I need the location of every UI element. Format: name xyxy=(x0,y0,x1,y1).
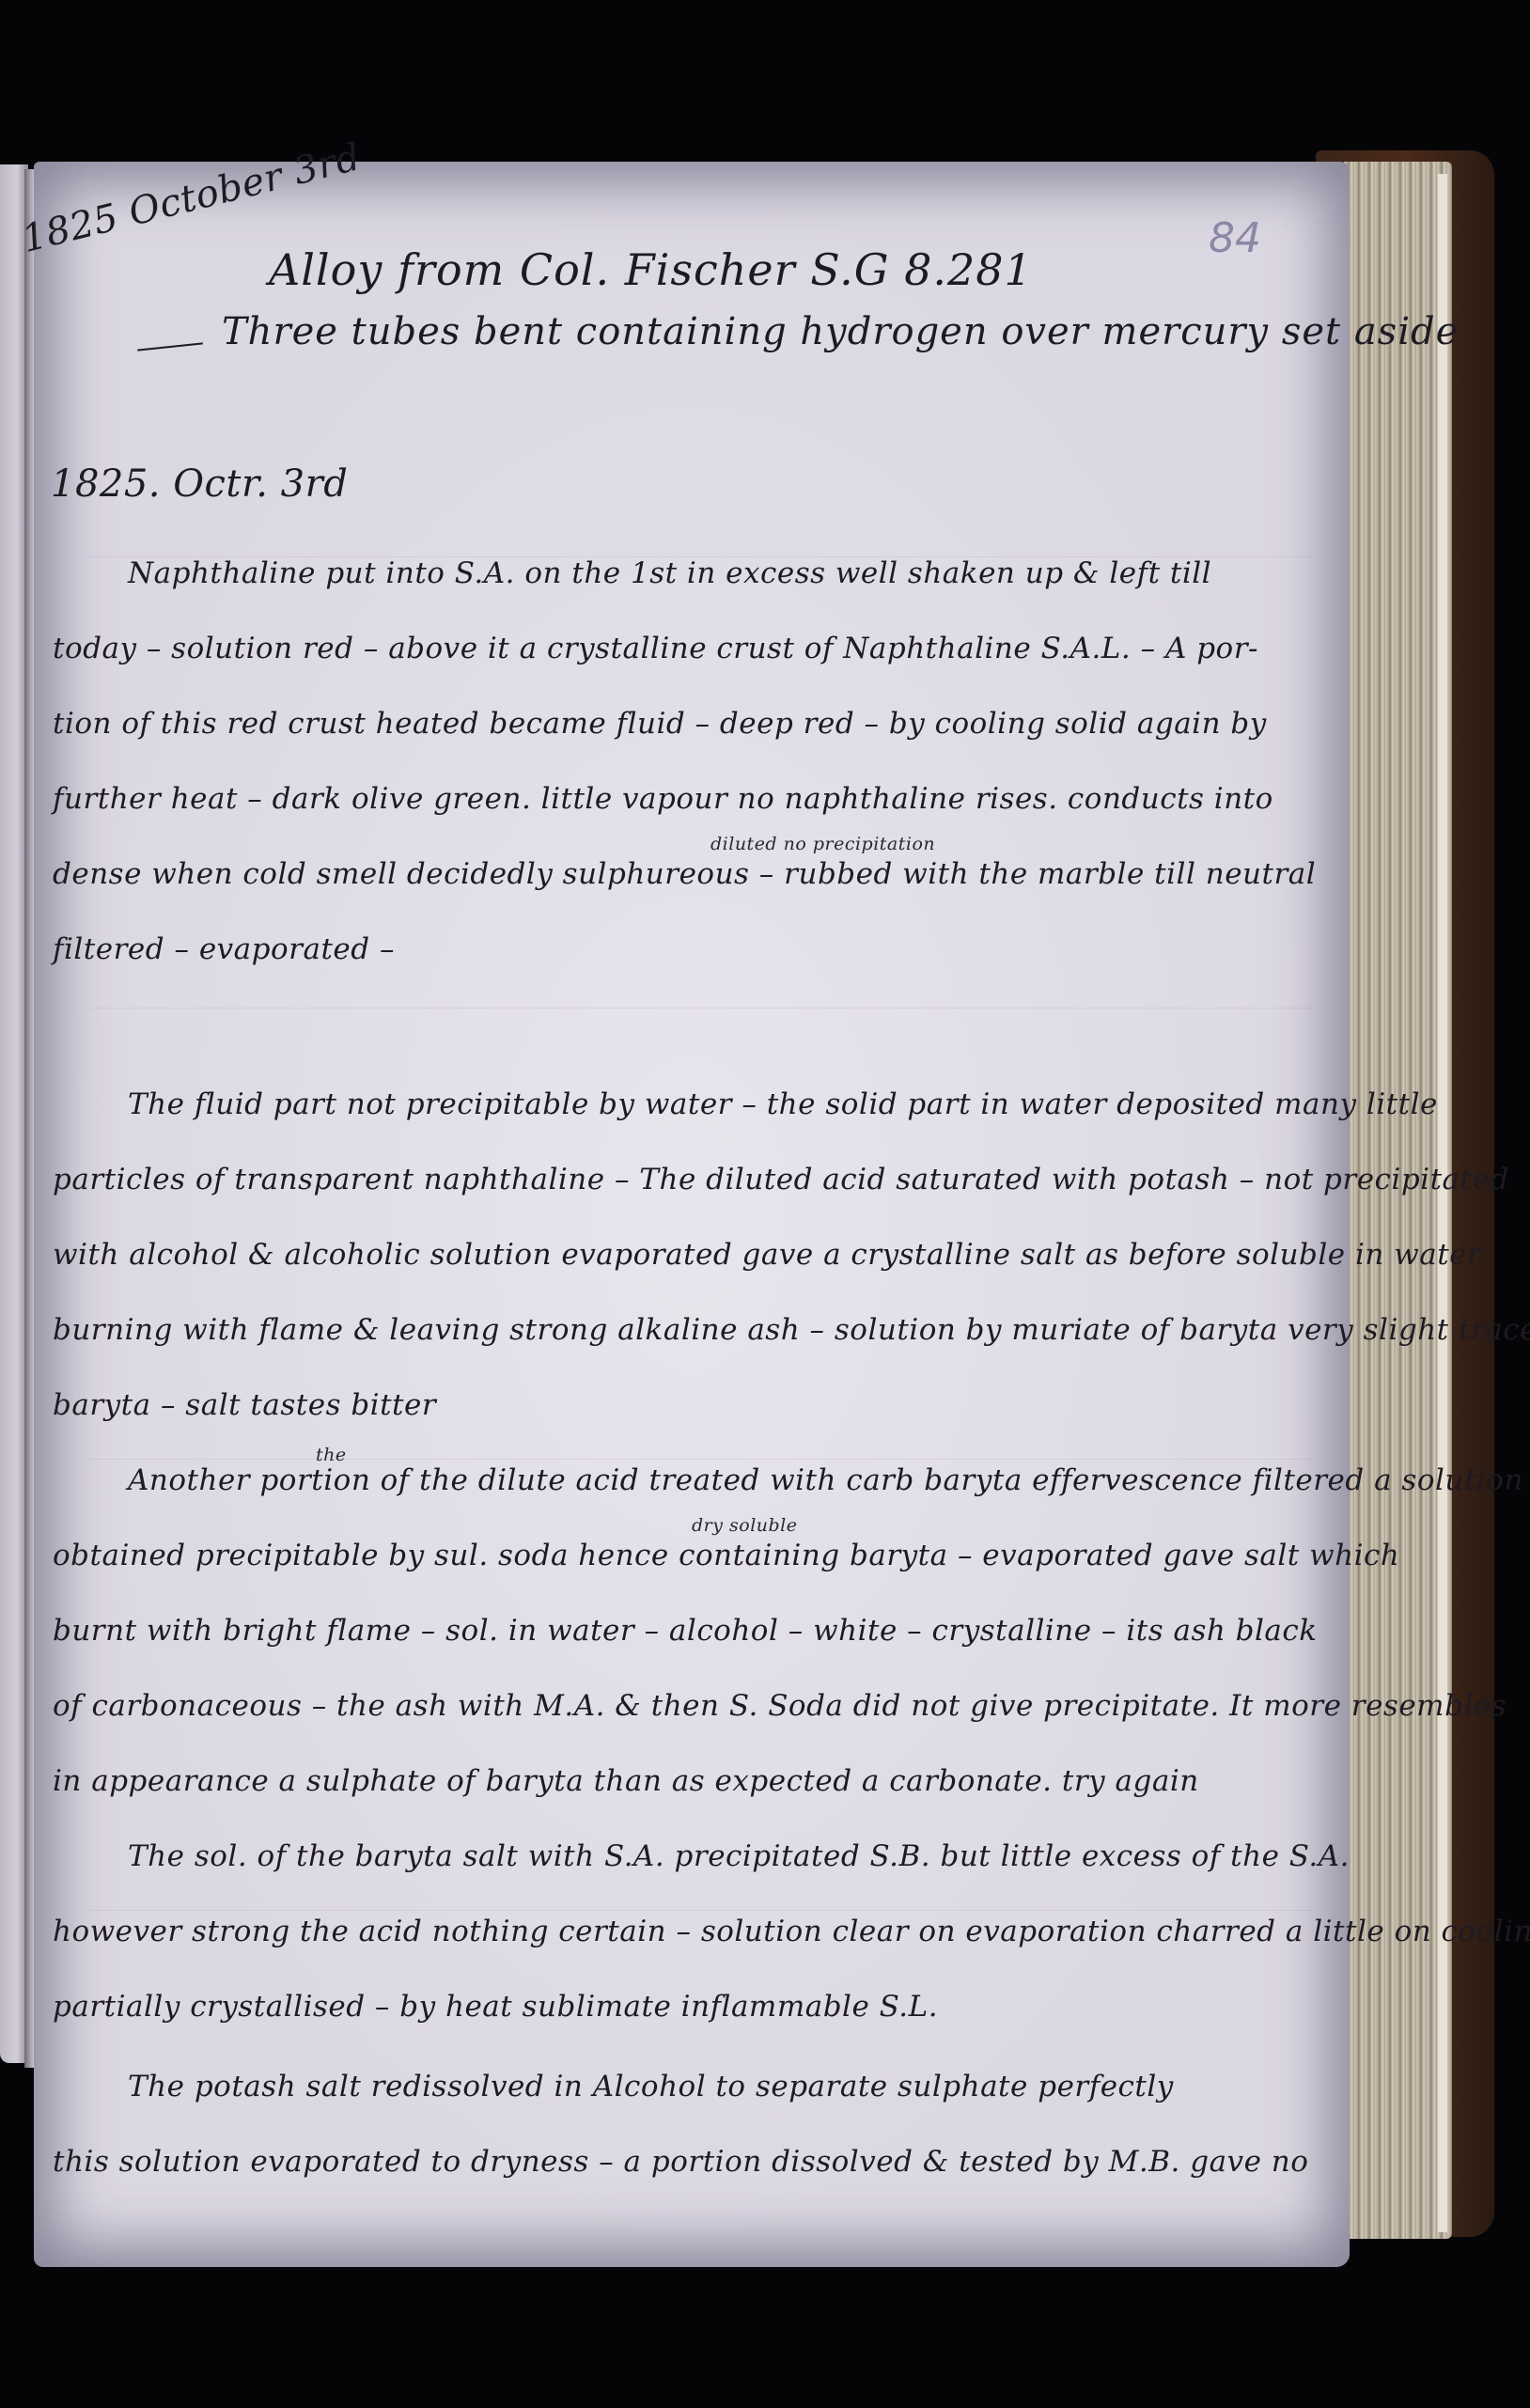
folio-number: 84 xyxy=(1209,214,1261,262)
text-line: this solution evaporated to dryness – a … xyxy=(53,2145,1308,2179)
text-line: further heat – dark olive green. little … xyxy=(53,782,1273,816)
text-line: Naphthaline put into S.A. on the 1st in … xyxy=(128,556,1211,590)
text-line: obtained precipitable by sul. soda hence… xyxy=(53,1539,1399,1572)
text-line: The fluid part not precipitable by water… xyxy=(128,1087,1438,1121)
notebook-photo: 84 1825 October 3rd Alloy from Col. Fisc… xyxy=(0,0,1530,2408)
entry-title: Alloy from Col. Fischer S.G 8.281 xyxy=(269,244,1033,295)
text-line: dense when cold smell decidedly sulphure… xyxy=(53,857,1316,891)
interlinear-note: diluted no precipitation xyxy=(710,834,935,854)
text-line: however strong the acid nothing certain … xyxy=(53,1915,1530,1948)
margin-date: 1825 October 3rd xyxy=(18,135,365,261)
text-line: burning with flame & leaving strong alka… xyxy=(53,1313,1530,1347)
entry-line: Three tubes bent containing hydrogen ove… xyxy=(222,310,1459,353)
text-line: particles of transparent naphthaline – T… xyxy=(53,1163,1509,1196)
text-line: baryta – salt tastes bitter xyxy=(53,1388,436,1422)
faint-rule xyxy=(90,1459,1312,1460)
text-line: partially crystallised – by heat sublima… xyxy=(53,1990,938,2024)
text-line: tion of this red crust heated became flu… xyxy=(53,707,1267,741)
text-line: of carbonaceous – the ash with M.A. & th… xyxy=(53,1689,1507,1723)
faint-rule xyxy=(90,1910,1312,1911)
faint-rule xyxy=(90,1008,1312,1009)
dash-mark xyxy=(137,342,203,351)
text-line: with alcohol & alcoholic solution evapor… xyxy=(53,1238,1481,1272)
interlinear-note: dry soluble xyxy=(692,1515,798,1536)
interlinear-note: the xyxy=(316,1445,347,1465)
text-line: The sol. of the baryta salt with S.A. pr… xyxy=(128,1839,1350,1873)
text-line: Another portion of the dilute acid treat… xyxy=(128,1463,1523,1497)
text-line: burnt with bright flame – sol. in water … xyxy=(53,1614,1318,1648)
text-line: in appearance a sulphate of baryta than … xyxy=(53,1764,1199,1798)
text-line: today – solution red – above it a crysta… xyxy=(53,632,1258,665)
text-line: filtered – evaporated – xyxy=(53,932,395,966)
manuscript-page: 84 1825 October 3rd Alloy from Col. Fisc… xyxy=(34,162,1350,2267)
entry-date: 1825. Octr. 3rd xyxy=(51,462,348,506)
text-line: The potash salt redissolved in Alcohol t… xyxy=(128,2070,1174,2103)
